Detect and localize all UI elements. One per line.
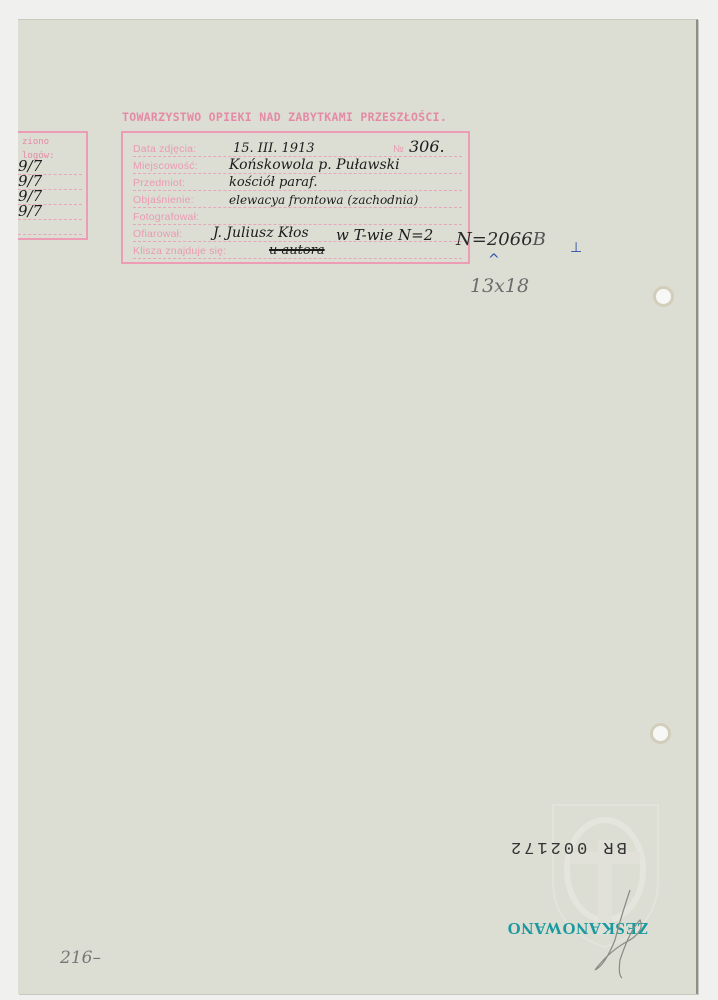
struck-value: u autora bbox=[269, 243, 325, 258]
field-label: Fotografował: bbox=[133, 211, 199, 223]
field-przedmiot: Przedmiot: kościół paraf. bbox=[133, 173, 462, 191]
field-label: Ofiarował: bbox=[133, 228, 182, 240]
klisza-location: w T-wie N=2 bbox=[336, 226, 433, 1000]
left-stamp-row bbox=[18, 221, 82, 235]
punch-hole-top bbox=[653, 286, 674, 307]
number-label: № bbox=[393, 144, 404, 155]
field-fotografowal: Fotografował: bbox=[133, 207, 462, 225]
field-data-zdjecia: Data zdjęcia: 15. III. 1913 № 306. bbox=[133, 139, 462, 157]
field-label: Przedmiot: bbox=[133, 177, 185, 189]
plate-suffix: B bbox=[533, 229, 546, 250]
field-label: Objaśnienie: bbox=[133, 194, 194, 206]
stamp-title: TOWARZYSTWO OPIEKI NAD ZABYTKAMI PRZESZŁ… bbox=[122, 110, 474, 124]
field-miejscowosc: Miejscowość: Końskowola p. Puławski bbox=[133, 156, 462, 174]
plate-number: N=2066B bbox=[456, 229, 546, 250]
left-partial-stamp: ziono logów: 9/7 9/7 9/7 9/7 bbox=[18, 131, 88, 240]
field-label: Miejscowość: bbox=[133, 160, 198, 172]
field-label: Klisza znajduje się: bbox=[133, 245, 226, 257]
plate-size-note: 13x18 bbox=[470, 275, 529, 297]
field-objasnienie: Objaśnienie: elewacya frontowa (zachodni… bbox=[133, 190, 462, 208]
pencil-signature-icon bbox=[590, 880, 660, 980]
left-stamp-header-1: ziono bbox=[22, 137, 49, 147]
field-value: elewacya frontowa (zachodnia) bbox=[229, 193, 418, 207]
field-value: Końskowola p. Puławski bbox=[229, 157, 400, 173]
inventory-number: BR 002172 bbox=[508, 837, 627, 856]
punch-hole-bottom bbox=[650, 723, 671, 744]
page-number-note: 216– bbox=[60, 948, 101, 968]
caret-mark: ^ bbox=[488, 252, 500, 268]
left-stamp-entry: 9/7 bbox=[18, 202, 42, 220]
card-number: 306. bbox=[409, 137, 445, 156]
field-value: 15. III. 1913 bbox=[233, 141, 315, 156]
field-value: kościół paraf. bbox=[229, 175, 318, 190]
field-label: Data zdjęcia: bbox=[133, 143, 196, 155]
blue-check-mark: ⊥ bbox=[570, 240, 582, 256]
field-value: J. Juliusz Kłos bbox=[213, 225, 309, 241]
left-stamp-row: 9/7 bbox=[18, 206, 82, 220]
plate-number-value: N=2066 bbox=[456, 229, 533, 250]
